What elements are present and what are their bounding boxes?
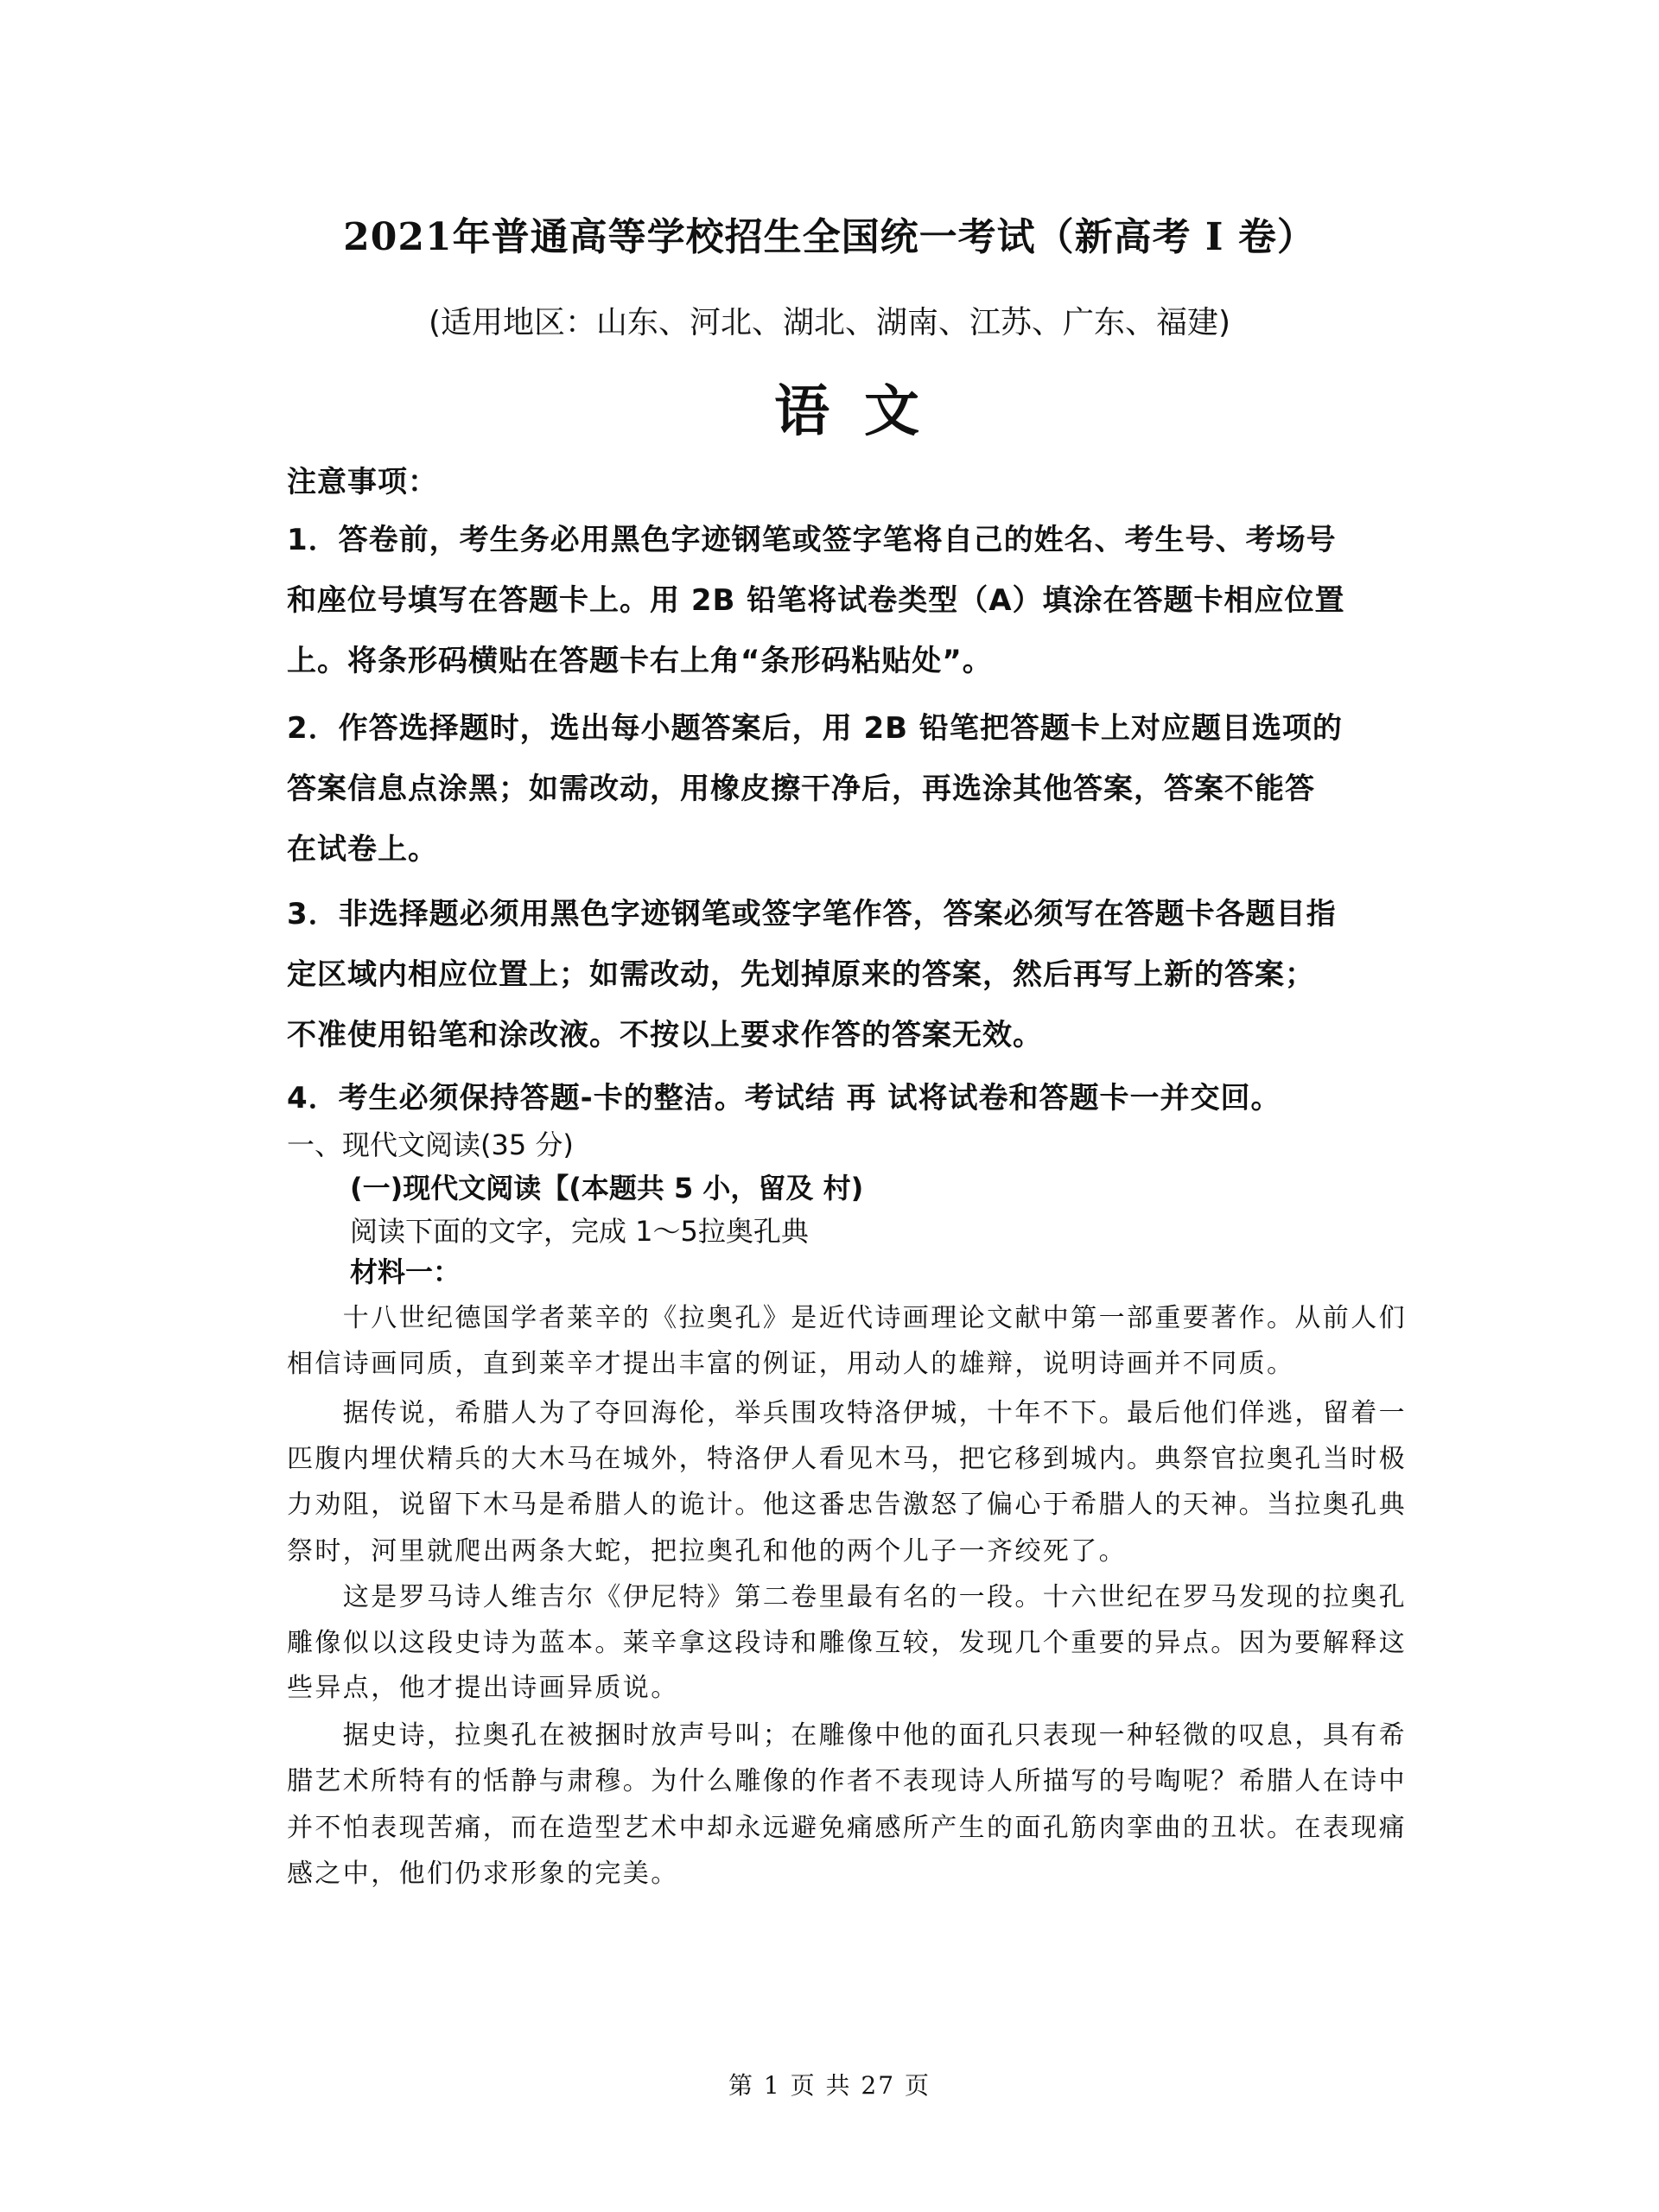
- passage-line: 这是罗马诗人维吉尔《伊尼特》第二卷里最有名的一段。十六世纪在罗马发现的拉奥孔: [287, 1575, 1410, 1613]
- passage-line: 些异点，他才提出诗画异质说。: [287, 1666, 1410, 1704]
- subject-title: 语文: [0, 367, 1659, 447]
- section-heading: 一、现代文阅读(35 分): [287, 1123, 574, 1163]
- subsection-heading: (一)现代文阅读【(本题共 5 小，留及 村): [350, 1166, 863, 1206]
- exam-title: 2021年普通高等学校招生全国统一考试（新高考 I 卷）: [0, 206, 1659, 261]
- passage-line: 并不怕表现苦痛，而在造型艺术中却永远避免痛感所产生的面孔筋肉挛曲的丑状。在表现痛: [287, 1806, 1410, 1844]
- notice-heading: 注意事项：: [287, 458, 438, 500]
- notice-line: 不准使用铅笔和涂改液。不按以上要求作答的答案无效。: [287, 1011, 1043, 1053]
- notice-line: 和座位号填写在答题卡上。用 2B 铅笔将试卷类型（A）填涂在答题卡相应位置: [287, 576, 1345, 619]
- passage-line: 匹腹内埋伏精兵的大木马在城外，特洛伊人看见木马，把它移到城内。典祭官拉奥孔当时极: [287, 1437, 1410, 1475]
- applicable-regions: (适用地区：山东、河北、湖北、湖南、江苏、广东、福建): [0, 298, 1659, 342]
- passage-line: 十八世纪德国学者莱辛的《拉奥孔》是近代诗画理论文献中第一部重要著作。从前人们: [287, 1296, 1410, 1334]
- notice-line: 定区域内相应位置上；如需改动，先划掉原来的答案，然后再写上新的答案；: [287, 950, 1315, 993]
- passage-line: 腊艺术所特有的恬静与肃穆。为什么雕像的作者不表现诗人所描写的号啕呢？希腊人在诗中: [287, 1759, 1410, 1797]
- notice-line: 3．非选择题必须用黑色字迹钢笔或签字笔作答，答案必须写在答题卡各题目指: [287, 890, 1337, 932]
- notice-line: 答案信息点涂黑；如需改动，用橡皮擦干净后，再选涂其他答案，答案不能答: [287, 765, 1315, 807]
- passage-line: 祭时，河里就爬出两条大蛇，把拉奥孔和他的两个儿子一齐绞死了。: [287, 1529, 1410, 1567]
- page-number: 第 1 页 共 27 页: [0, 2067, 1659, 2101]
- passage-line: 据史诗，拉奥孔在被捆时放声号叫；在雕像中他的面孔只表现一种轻微的叹息，具有希: [287, 1713, 1410, 1751]
- notice-line: 1．答卷前，考生务必用黑色字迹钢笔或签字笔将自己的姓名、考生号、考场号: [287, 516, 1337, 558]
- passage-line: 据传说，希腊人为了夺回海伦，举兵围攻特洛伊城，十年不下。最后他们佯逃，留着一: [287, 1391, 1410, 1429]
- material-label: 材料一：: [350, 1250, 461, 1290]
- notice-line: 4．考生必须保持答题-卡的整洁。考试结 再 试将试卷和答题卡一并交回。: [287, 1074, 1281, 1116]
- passage-line: 相信诗画同质，直到莱辛才提出丰富的例证，用动人的雄辩，说明诗画并不同质。: [287, 1342, 1410, 1380]
- passage-line: 感之中，他们仍求形象的完美。: [287, 1852, 1410, 1890]
- notice-line: 上。将条形码横贴在答题卡右上角“条形码粘贴处”。: [287, 637, 993, 679]
- reading-instruction: 阅读下面的文字，完成 1～5拉奥孔典: [350, 1210, 809, 1249]
- notice-line: 在试卷上。: [287, 825, 438, 868]
- notice-line: 2．作答选择题时，选出每小题答案后，用 2B 铅笔把答题卡上对应题目选项的: [287, 704, 1343, 747]
- passage-line: 力劝阻，说留下木马是希腊人的诡计。他这番忠告激怒了偏心于希腊人的天神。当拉奥孔典: [287, 1483, 1410, 1521]
- passage-line: 雕像似以这段史诗为蓝本。莱辛拿这段诗和雕像互较，发现几个重要的异点。因为要解释这: [287, 1621, 1410, 1659]
